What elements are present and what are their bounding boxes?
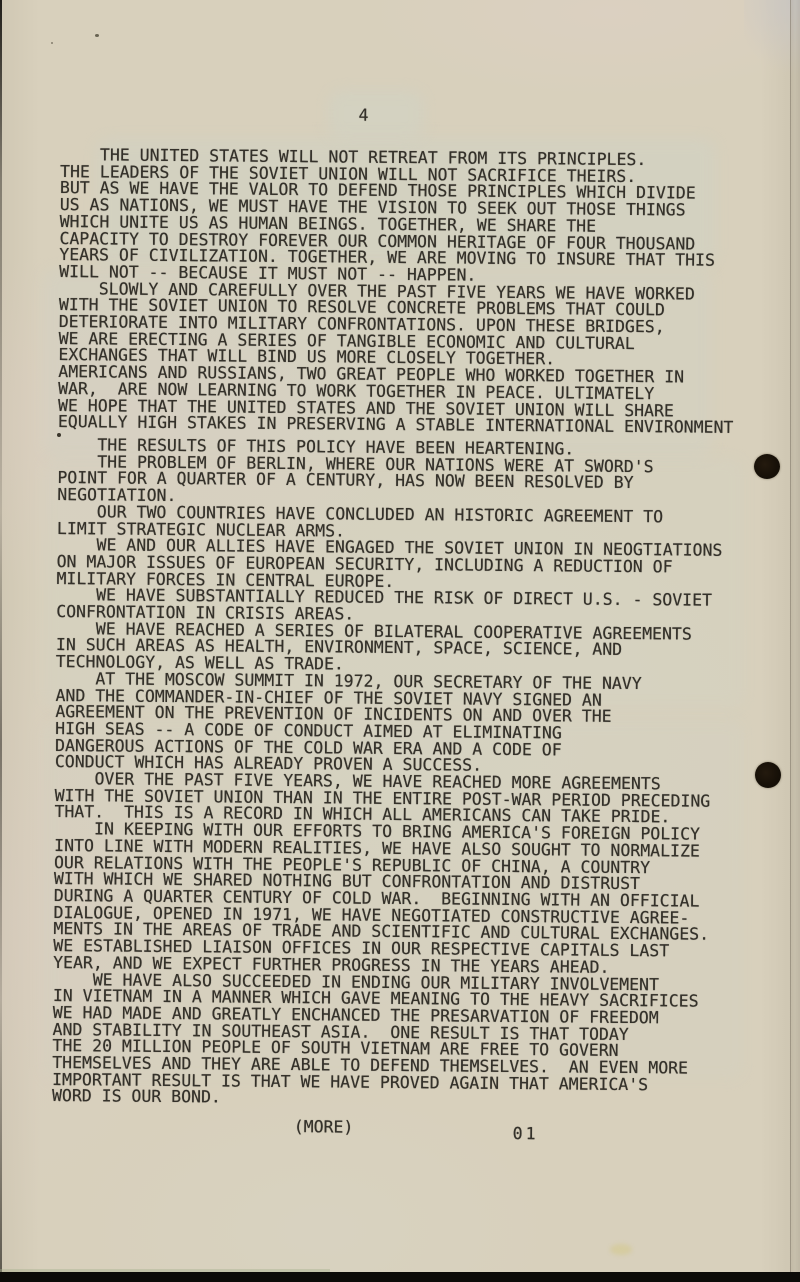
scan-edge-bottom (0, 1272, 800, 1282)
page-number: 4 (358, 106, 368, 125)
scanned-document-page: 4 THE UNITED STATES WILL NOT RETREAT FRO… (0, 0, 800, 1282)
typewritten-text-layer: 4 THE UNITED STATES WILL NOT RETREAT FRO… (0, 0, 800, 1282)
ink-speck (95, 34, 99, 37)
punch-hole-dot (754, 454, 780, 479)
ink-speck (51, 42, 53, 44)
more-continuation-label: (MORE) (294, 1117, 354, 1137)
body-paragraphs-top: THE UNITED STATES WILL NOT RETREAT FROM … (58, 147, 736, 437)
footer-page-code: 01 (513, 1124, 539, 1143)
ink-speck (57, 433, 61, 437)
paper-stain (610, 1244, 632, 1255)
body-paragraphs-bottom: THE RESULTS OF THIS POLICY HAVE BEEN HEA… (52, 437, 723, 1111)
punch-hole-dot (755, 762, 781, 788)
